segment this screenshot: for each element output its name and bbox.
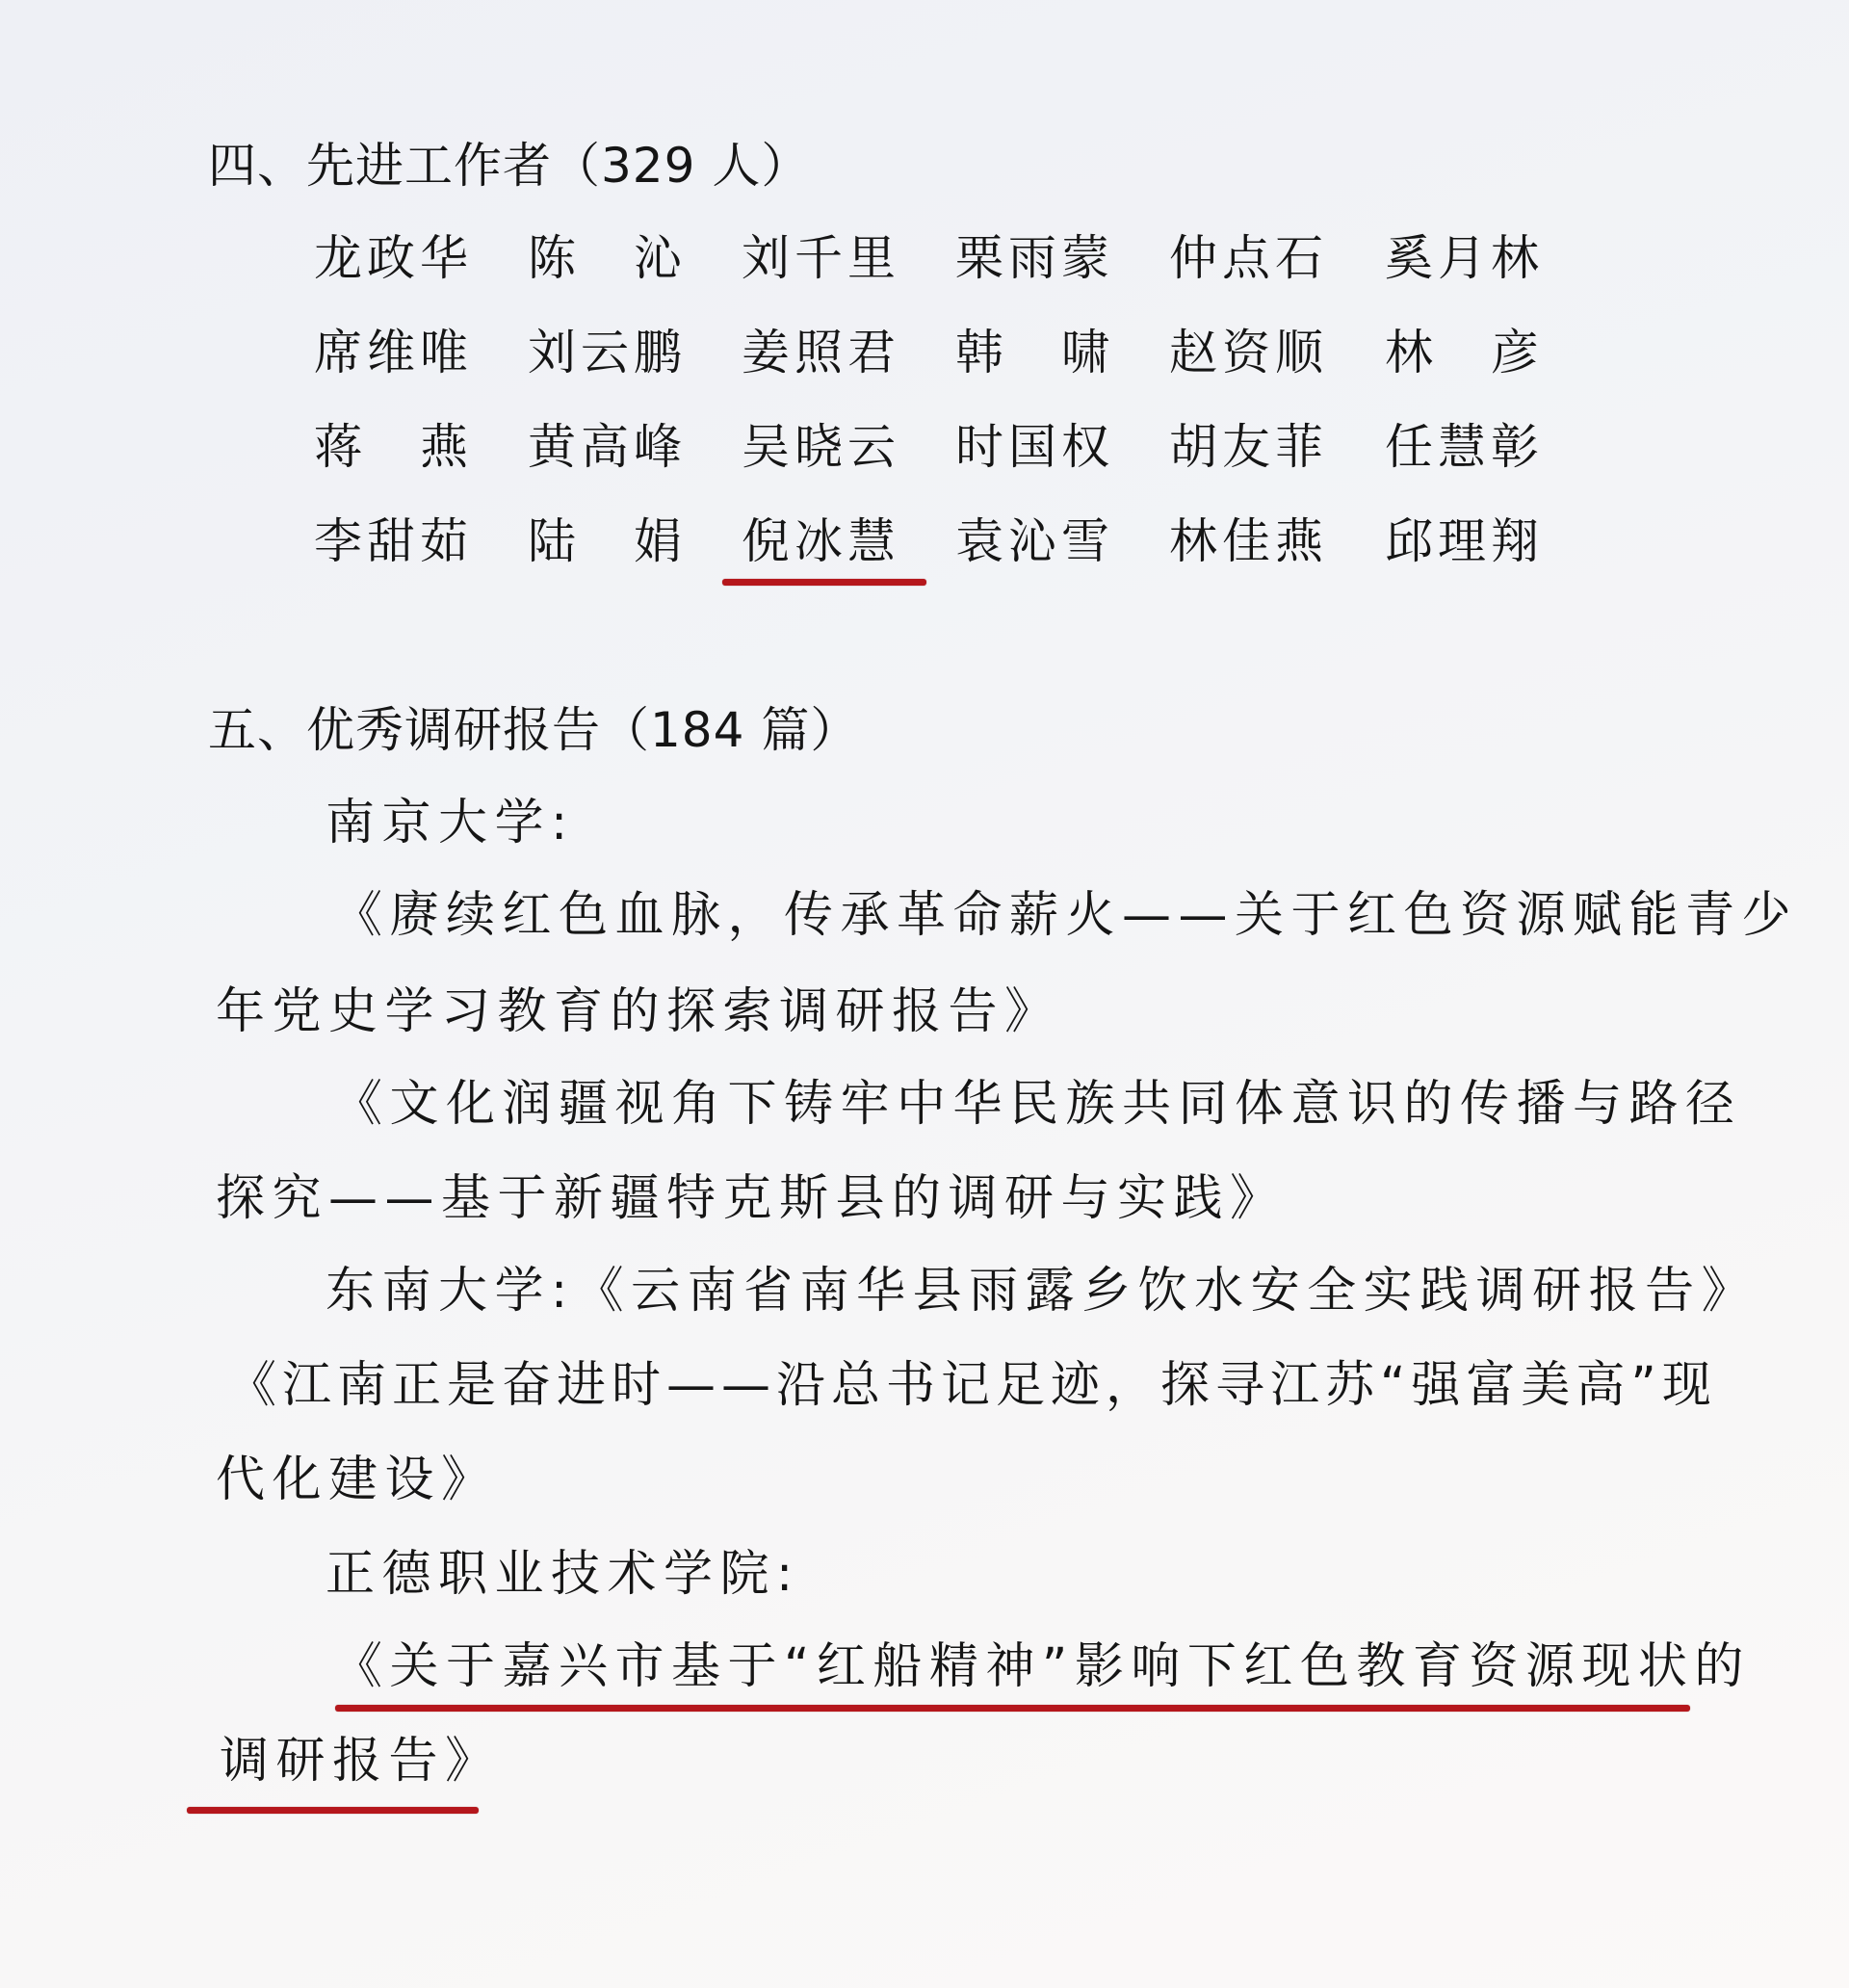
names-row: 蒋 燕 黄高峰 吴晓云 时国权 胡友菲 任慧彰 (314, 412, 1662, 507)
name-cell: 奚月林 (1385, 223, 1541, 293)
name-cell: 姜照君 (742, 318, 898, 387)
name-cell: 时国权 (955, 412, 1111, 482)
name-cell: 袁沁雪 (955, 507, 1111, 576)
report-title-line-highlighted: 调研报告》 (220, 1728, 502, 1795)
school-label: 正德职业技术学院: (326, 1541, 800, 1609)
name-cell: 陆 娟 (528, 507, 684, 576)
names-row: 李甜茹 陆 娟 倪冰慧 袁沁雪 林佳燕 邱理翔 (314, 507, 1662, 601)
document-page: 四、先进工作者（329 人） 龙政华 陈 沁 刘千里 栗雨蒙 仲点石 奚月林 席… (0, 0, 1849, 1988)
section-4-heading: 四、先进工作者（329 人） (208, 137, 810, 195)
name-cell: 林 彦 (1385, 318, 1541, 387)
names-row: 席维唯 刘云鹏 姜照君 韩 啸 赵资顺 林 彦 (314, 318, 1662, 412)
name-cell: 龙政华 (314, 223, 470, 293)
name-cell: 陈 沁 (528, 223, 684, 293)
name-cell: 席维唯 (314, 318, 470, 387)
name-cell: 刘云鹏 (528, 318, 684, 387)
report-title-line: 《江南正是奋进时——沿总书记足迹，探寻江苏“强富美高”现 (227, 1352, 1717, 1420)
report-title-line: 代化建设》 (216, 1447, 498, 1514)
names-row: 龙政华 陈 沁 刘千里 栗雨蒙 仲点石 奚月林 (314, 223, 1662, 318)
name-cell: 赵资顺 (1169, 318, 1325, 387)
name-cell: 任慧彰 (1385, 412, 1541, 482)
red-underline-mark (187, 1807, 479, 1814)
school-label: 南京大学: (326, 790, 575, 857)
names-grid: 龙政华 陈 沁 刘千里 栗雨蒙 仲点石 奚月林 席维唯 刘云鹏 姜照君 韩 啸 … (314, 223, 1662, 601)
school-report-inline: 东南大学:《云南省南华县雨露乡饮水安全实践调研报告》 (326, 1258, 1758, 1325)
name-cell: 蒋 燕 (314, 412, 470, 482)
name-cell-highlighted: 倪冰慧 (742, 507, 898, 576)
name-cell: 林佳燕 (1169, 507, 1325, 576)
name-cell: 李甜茹 (314, 507, 470, 576)
report-title-line: 探究——基于新疆特克斯县的调研与实践》 (216, 1165, 1287, 1233)
section-5-heading: 五、优秀调研报告（184 篇） (208, 701, 859, 759)
report-title-line-highlighted: 《关于嘉兴市基于“红船精神”影响下红色教育资源现状的 (333, 1634, 1751, 1701)
name-cell: 刘千里 (742, 223, 898, 293)
red-underline-mark (335, 1705, 1690, 1712)
name-cell: 邱理翔 (1385, 507, 1541, 576)
name-cell: 栗雨蒙 (955, 223, 1111, 293)
name-cell: 黄高峰 (528, 412, 684, 482)
name-cell: 仲点石 (1169, 223, 1325, 293)
name-cell: 胡友菲 (1169, 412, 1325, 482)
report-title-line: 《文化润疆视角下铸牢中华民族共同体意识的传播与路径 (333, 1071, 1742, 1138)
name-cell: 吴晓云 (742, 412, 898, 482)
report-title-line: 《赓续红色血脉，传承革命薪火——关于红色资源赋能青少 (333, 882, 1798, 950)
report-title-line: 年党史学习教育的探索调研报告》 (216, 979, 1061, 1046)
name-cell: 韩 啸 (955, 318, 1111, 387)
red-underline-mark (722, 579, 926, 586)
